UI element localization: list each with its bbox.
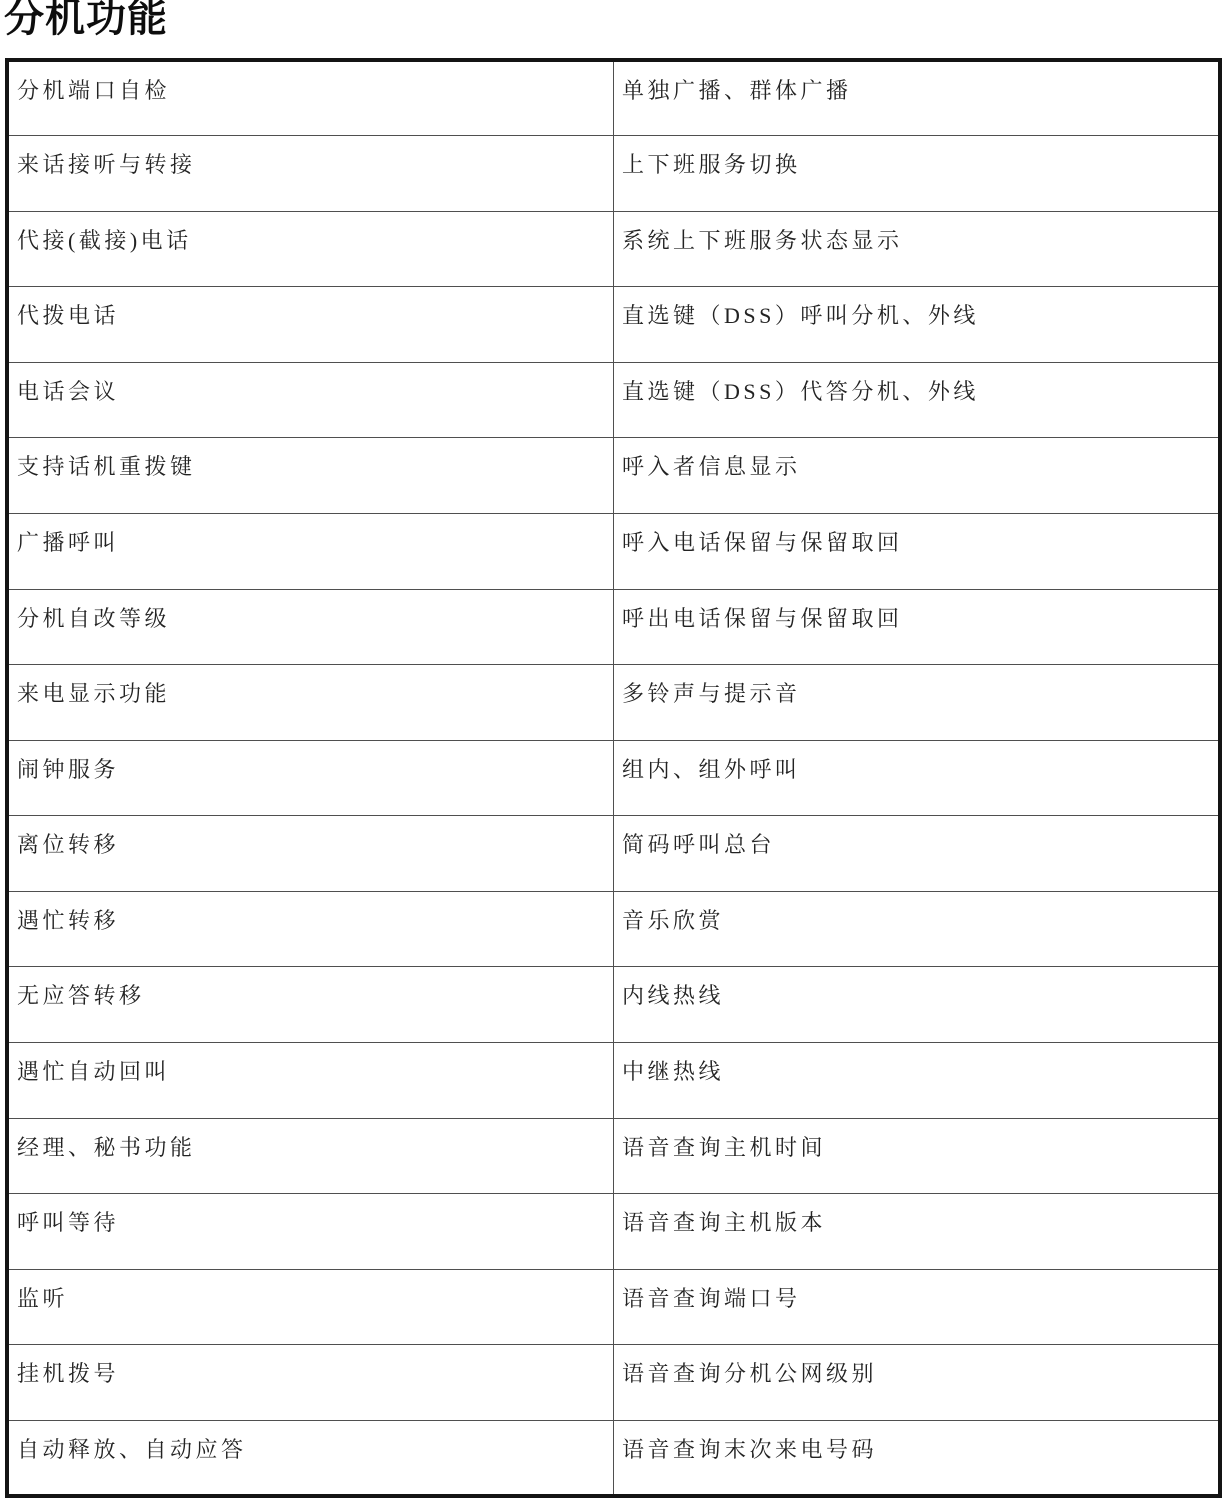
table-cell: 简码呼叫总台 <box>614 816 1221 892</box>
table-cell: 直选键（DSS）呼叫分机、外线 <box>614 287 1221 363</box>
table-cell: 遇忙自动回叫 <box>7 1043 614 1119</box>
table-row: 支持话机重拨键 呼入者信息显示 <box>7 438 1220 514</box>
table-cell: 离位转移 <box>7 816 614 892</box>
table-row: 分机自改等级 呼出电话保留与保留取回 <box>7 589 1220 665</box>
table-cell: 经理、秘书功能 <box>7 1118 614 1194</box>
table-cell: 分机端口自检 <box>7 60 614 136</box>
table-cell: 电话会议 <box>7 362 614 438</box>
table-cell: 语音查询端口号 <box>614 1269 1221 1345</box>
table-cell: 中继热线 <box>614 1043 1221 1119</box>
table-cell: 来电显示功能 <box>7 665 614 741</box>
table-row: 自动释放、自动应答 语音查询末次来电号码 <box>7 1420 1220 1496</box>
features-table: 分机端口自检 单独广播、群体广播 来话接听与转接 上下班服务切换 代接(截接)电… <box>5 58 1222 1498</box>
table-cell: 来话接听与转接 <box>7 136 614 212</box>
table-cell: 呼入电话保留与保留取回 <box>614 513 1221 589</box>
table-row: 监听 语音查询端口号 <box>7 1269 1220 1345</box>
page-title: 分机功能 <box>4 0 168 42</box>
table-cell: 语音查询主机版本 <box>614 1194 1221 1270</box>
table-cell: 组内、组外呼叫 <box>614 740 1221 816</box>
table-cell: 语音查询分机公网级别 <box>614 1345 1221 1421</box>
table-cell: 多铃声与提示音 <box>614 665 1221 741</box>
table-row: 电话会议 直选键（DSS）代答分机、外线 <box>7 362 1220 438</box>
table-cell: 支持话机重拨键 <box>7 438 614 514</box>
table-row: 来话接听与转接 上下班服务切换 <box>7 136 1220 212</box>
table-row: 闹钟服务 组内、组外呼叫 <box>7 740 1220 816</box>
table-cell: 代拨电话 <box>7 287 614 363</box>
table-row: 呼叫等待 语音查询主机版本 <box>7 1194 1220 1270</box>
table-cell: 挂机拨号 <box>7 1345 614 1421</box>
table-cell: 呼叫等待 <box>7 1194 614 1270</box>
table-cell: 上下班服务切换 <box>614 136 1221 212</box>
table-row: 无应答转移 内线热线 <box>7 967 1220 1043</box>
table-cell: 单独广播、群体广播 <box>614 60 1221 136</box>
table-row: 经理、秘书功能 语音查询主机时间 <box>7 1118 1220 1194</box>
table-cell: 语音查询主机时间 <box>614 1118 1221 1194</box>
table-cell: 自动释放、自动应答 <box>7 1420 614 1496</box>
table-cell: 系统上下班服务状态显示 <box>614 211 1221 287</box>
document-page: 分机功能 分机端口自检 单独广播、群体广播 来话接听与转接 上下班服务切换 代接… <box>0 0 1227 1503</box>
table-cell: 广播呼叫 <box>7 513 614 589</box>
table-cell: 呼入者信息显示 <box>614 438 1221 514</box>
table-cell: 音乐欣赏 <box>614 891 1221 967</box>
table-row: 挂机拨号 语音查询分机公网级别 <box>7 1345 1220 1421</box>
table-row: 分机端口自检 单独广播、群体广播 <box>7 60 1220 136</box>
table-cell: 闹钟服务 <box>7 740 614 816</box>
table-cell: 分机自改等级 <box>7 589 614 665</box>
table-cell: 直选键（DSS）代答分机、外线 <box>614 362 1221 438</box>
table-cell: 监听 <box>7 1269 614 1345</box>
table-row: 代接(截接)电话 系统上下班服务状态显示 <box>7 211 1220 287</box>
table-row: 遇忙自动回叫 中继热线 <box>7 1043 1220 1119</box>
table-cell: 内线热线 <box>614 967 1221 1043</box>
table-cell: 无应答转移 <box>7 967 614 1043</box>
table-row: 遇忙转移 音乐欣赏 <box>7 891 1220 967</box>
features-table-body: 分机端口自检 单独广播、群体广播 来话接听与转接 上下班服务切换 代接(截接)电… <box>7 60 1220 1496</box>
table-row: 离位转移 简码呼叫总台 <box>7 816 1220 892</box>
table-cell: 代接(截接)电话 <box>7 211 614 287</box>
table-cell: 语音查询末次来电号码 <box>614 1420 1221 1496</box>
table-cell: 遇忙转移 <box>7 891 614 967</box>
table-row: 来电显示功能 多铃声与提示音 <box>7 665 1220 741</box>
table-cell: 呼出电话保留与保留取回 <box>614 589 1221 665</box>
table-row: 代拨电话 直选键（DSS）呼叫分机、外线 <box>7 287 1220 363</box>
table-row: 广播呼叫 呼入电话保留与保留取回 <box>7 513 1220 589</box>
